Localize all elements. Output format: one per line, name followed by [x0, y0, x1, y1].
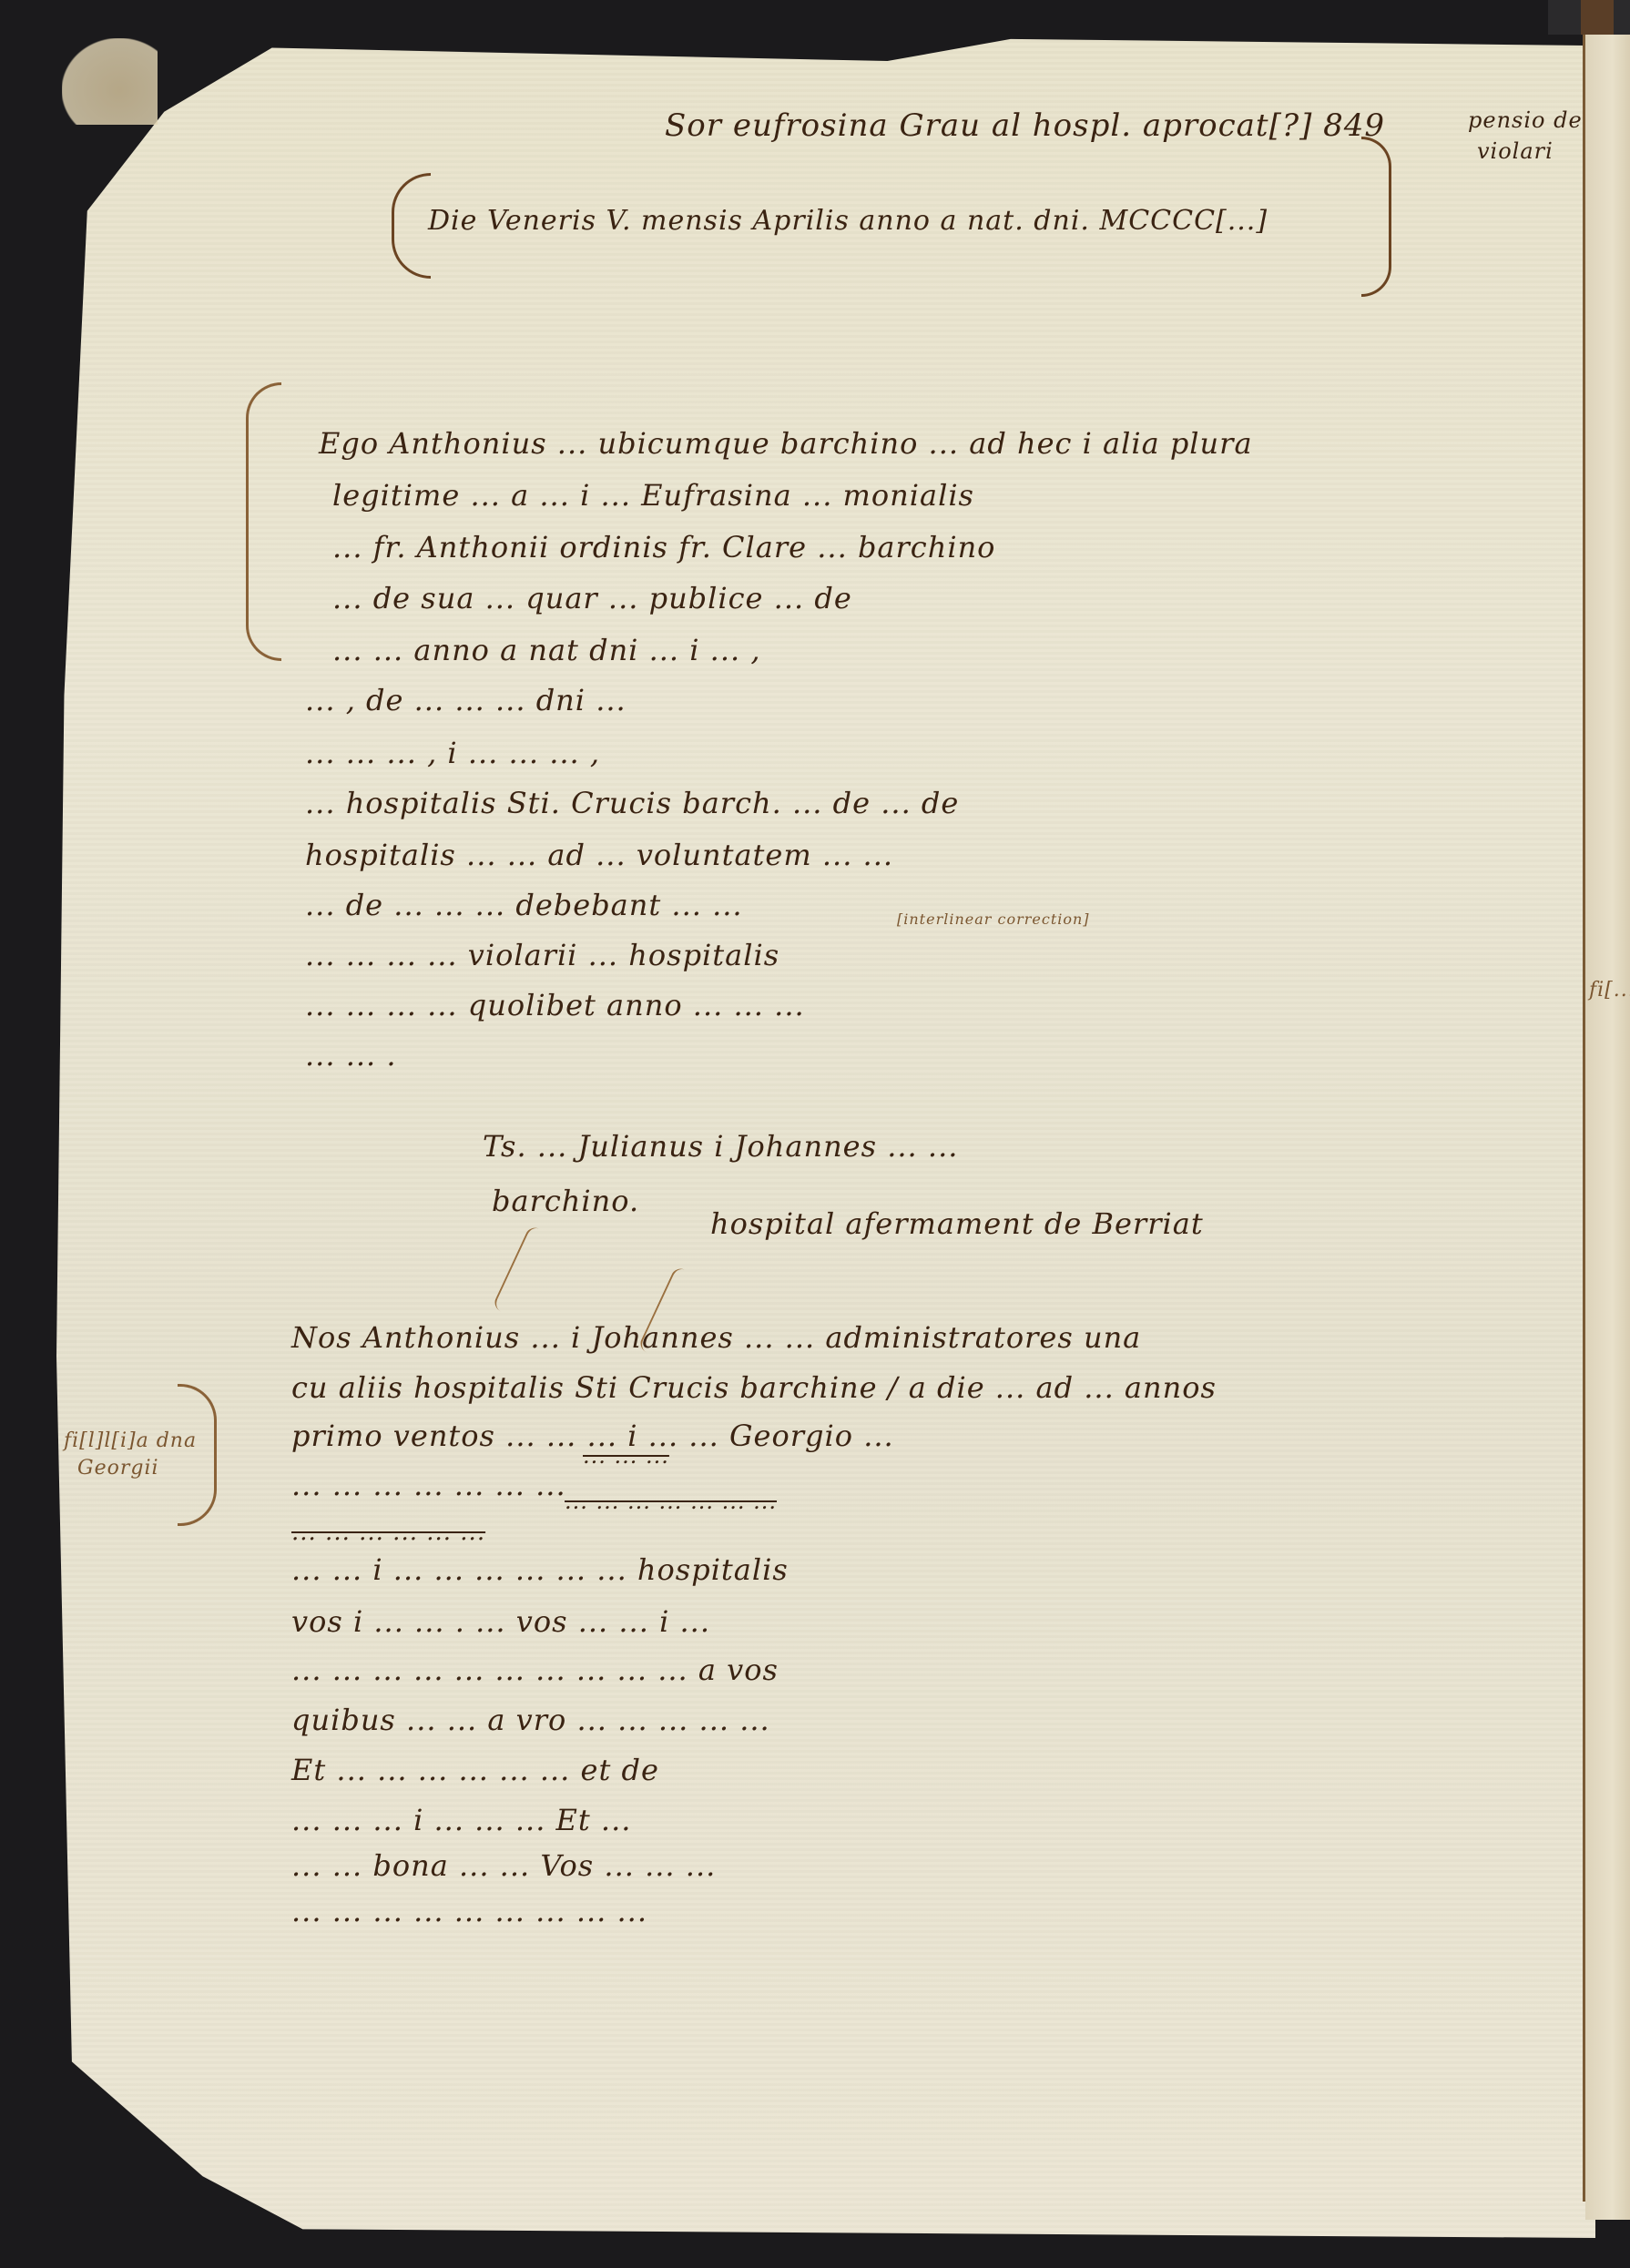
left-margin-note-2: Georgii — [77, 1457, 159, 1480]
entry-1-line: legitime ... a ... i ... Eufrasina ... m… — [332, 478, 974, 513]
entry-1-line: Ego Anthonius ... ubicumque barchino ...… — [319, 426, 1253, 461]
entry-1-line: ... de sua ... quar ... publice ... de — [332, 581, 852, 615]
witness-line-1: Ts. ... Julianus i Johannes ... ... — [483, 1129, 958, 1164]
witness-line-2: barchino. — [492, 1184, 639, 1218]
witness-note: hospital afermament de Berriat — [710, 1206, 1204, 1241]
book-binding — [1548, 0, 1630, 35]
entry-1-line: ... hospitalis Sti. Crucis barch. ... de… — [305, 786, 959, 820]
entry-2-line: ... ... i ... ... ... ... ... ... hospit… — [291, 1552, 789, 1587]
entry-1-line: ... ... ... ... violarii ... hospitalis — [305, 938, 779, 972]
date-bracket-right — [1361, 137, 1391, 297]
margin-bracket — [178, 1384, 217, 1526]
entry-2-line: ... ... ... ... ... ... ... ... ... ... … — [291, 1653, 779, 1687]
entry-1-line: ... , de ... ... ... dni ... — [305, 683, 627, 717]
entry-1-line: ... ... ... ... quolibet anno ... ... ..… — [305, 988, 805, 1022]
entry-2-line: vos i ... ... . ... vos ... ... i ... — [291, 1604, 710, 1639]
date-line: Die Veneris V. mensis Aprilis anno a nat… — [428, 205, 1268, 237]
gutter-note: fi[...] — [1589, 979, 1630, 1002]
entry-2-line: Et ... ... ... ... ... ... et de — [291, 1753, 659, 1787]
entry-1-line: ... ... . — [305, 1038, 397, 1073]
struck-line: ... ... ... ... ... ... ... — [565, 1489, 777, 1514]
entry-1-line: ... ... ... , i ... ... ... , — [305, 736, 600, 770]
margin-note-line-2: violari — [1477, 138, 1554, 164]
entry-1-line: ... de ... ... ... debebant ... ... — [305, 888, 743, 922]
entry-1-line: hospitalis ... ... ad ... voluntatem ...… — [305, 838, 893, 872]
entry-1-bracket — [246, 382, 281, 661]
margin-note-line-1: pensio de — [1468, 107, 1583, 133]
entry-2-line: Nos Anthonius ... i Johannes ... ... adm… — [291, 1320, 1141, 1355]
folded-corner — [62, 38, 158, 125]
entry-2-line: ... ... bona ... ... Vos ... ... ... — [291, 1848, 716, 1883]
entry-1-line: ... fr. Anthonii ordinis fr. Clare ... b… — [332, 530, 995, 564]
entry-2-line: ... ... ... ... ... ... ... ... ... — [291, 1894, 647, 1928]
interlinear-insert: [interlinear correction] — [897, 910, 1090, 928]
entry-2-line: ... ... ... ... ... ... ... — [291, 1468, 566, 1502]
top-note: Sor eufrosina Grau al hospl. aprocat[?] … — [665, 107, 1385, 144]
facing-page-edge — [1585, 35, 1630, 2220]
entry-2-line: quibus ... ... a vro ... ... ... ... ... — [291, 1703, 770, 1737]
struck-line: ... ... ... — [583, 1443, 669, 1469]
entry-2-line: ... ... ... i ... ... ... Et ... — [291, 1803, 631, 1837]
entry-1-line: ... ... anno a nat dni ... i ... , — [332, 633, 761, 667]
entry-2-line: cu aliis hospitalis Sti Crucis barchine … — [291, 1370, 1217, 1405]
struck-line: ... ... ... ... ... ... — [291, 1519, 485, 1546]
